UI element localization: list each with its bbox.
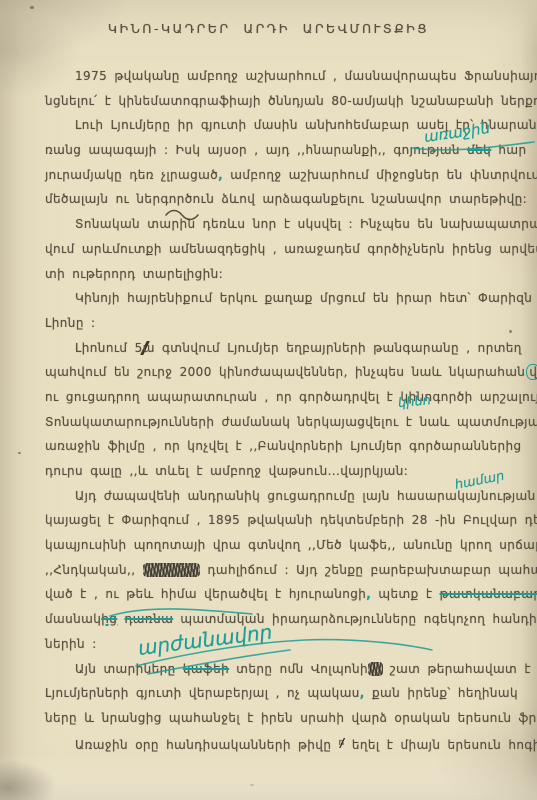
text-segment: դահլիճում : Այդ շենքը բարեբախտաբար պահպա…: [200, 563, 537, 577]
text-line: Լիոնում 5ա գտնվում Լյումյեր եղբայրների թ…: [45, 336, 527, 361]
text-segment: Այն տարիները: [75, 662, 183, 676]
text-segment: Կինոյի հայրենիքում երկու քաղաք մրցում են…: [75, 291, 537, 305]
text-line: ներին :: [45, 632, 527, 657]
text-segment: շատ թերահավատ է եղել: [383, 662, 537, 676]
text-line: վում արևմուտքի ամենազդեցիկ , առաջադեմ գո…: [45, 237, 527, 262]
text-segment: յուրամյակը դեռ չլրացած: [45, 168, 218, 182]
text-segment: եղել է միայն երեսուն հոգի,: [345, 738, 537, 752]
text-line: նցնելու՛ է կինեմատոգրաֆիայի ծննդյան 80-ա…: [45, 89, 527, 114]
text-segment: 1975 թվականը ամբողջ աշխարհում , մասնավոր…: [75, 69, 537, 83]
document-page: ԿԻՆՈ-ԿԱԴՐԵՐ ԱՐԴԻ ԱՐԵՎՄՈՒՏՔԻՑ 1975 թվական…: [0, 0, 537, 800]
text-segment: Լիոնը :: [45, 316, 95, 330]
text-segment: դուրս գալը ,,և տևել է ամբողջ վաթսուն...վ…: [45, 464, 408, 478]
text-segment: վում արևմուտքի ամենազդեցիկ , առաջադեմ գո…: [45, 242, 537, 256]
text-line: ված է , ու թեև հիմա վերածվել է հյուրանոց…: [45, 582, 527, 607]
text-segment: ռանց ապագայի : Իսկ այսօր , այդ ,,հնարանք…: [45, 143, 467, 157]
text-segment: ,,Հնդկական,,: [45, 563, 143, 577]
text-segment: թատկանաբար: [440, 587, 537, 601]
page-title: ԿԻՆՈ-ԿԱԴՐԵՐ ԱՐԴԻ ԱՐԵՎՄՈՒՏՔԻՑ: [0, 21, 537, 36]
text-segment: կապյուսինի պողոտայի վրա գտնվող ,,Մեծ կաֆ…: [45, 538, 537, 552]
text-segment: [143, 563, 201, 577]
text-segment: Տոնական տարին դեռևս նոր է սկսվել : Ինչպե…: [75, 217, 537, 231]
text-segment: 5ա: [135, 341, 155, 355]
text-segment: պահվում են շուրջ 2000 կինոժապավեններ, ին…: [45, 365, 525, 379]
text-line: պահվում են շուրջ 2000 կինոժապավեններ, ին…: [45, 360, 527, 385]
text-line: կապյուսինի պողոտայի վրա գտնվող ,,Մեծ կաֆ…: [45, 533, 527, 558]
paper-stain: [18, 452, 21, 454]
typewritten-text-block: 1975 թվականը ամբողջ աշխարհում , մասնավոր…: [45, 64, 527, 755]
text-segment: առաջին ֆիլմը , որ կոչվել է ,,Բանվորների …: [45, 439, 522, 453]
text-line: առաջին ֆիլմը , որ կոչվել է ,,Բանվորների …: [45, 434, 527, 459]
text-segment: ներին :: [45, 637, 97, 651]
text-segment: վ: [526, 364, 537, 380]
text-segment: ից: [101, 612, 117, 626]
text-segment: Տոնակատարությունների ժամանակ ներկայացվել…: [45, 415, 537, 429]
handwritten-annotation: կինո: [397, 393, 431, 411]
text-segment: Լյումյերների գյուտի վերաբերյալ , ոչ պակա…: [45, 686, 360, 700]
text-segment: դառնա: [124, 612, 173, 626]
text-segment: ները և նրանցից պահանջել է իրեն սրահի վար…: [45, 711, 537, 725]
text-segment: հար: [491, 143, 526, 157]
text-segment: մասնակ: [45, 612, 101, 626]
text-line: մեծալայն ու ներգործուն ձևով արձագանքելու…: [45, 187, 527, 212]
text-segment: նցնելու՛ է կինեմատոգրաֆիայի ծննդյան 80-ա…: [45, 94, 537, 108]
text-line: 1975 թվականը ամբողջ աշխարհում , մասնավոր…: [45, 64, 527, 89]
text-line: Առաջին օրը հանդիսականների թիվը ո եղել է …: [45, 731, 527, 756]
text-segment: քան իրենք՝ հեղինակ: [365, 686, 518, 700]
text-line: Տոնական տարին դեռևս նոր է սկսվել : Ինչպե…: [45, 212, 527, 237]
text-segment: տի ութերորդ տարելիցին:: [45, 267, 223, 281]
text-line: յուրամյակը դեռ չլրացած, ամբողջ աշխարհում…: [45, 163, 527, 188]
text-segment: [368, 662, 382, 676]
text-segment: Լիոնում: [75, 341, 135, 355]
text-line: ու ցուցադրող ապարատուրան , որ գործադրվել…: [45, 385, 527, 410]
paper-stain: [30, 6, 34, 9]
text-segment: մեկ: [467, 143, 491, 157]
text-line: ները և նրանցից պահանջել է իրեն սրահի վար…: [45, 706, 527, 731]
text-segment: Առաջին օրը հանդիսականների թիվը: [75, 738, 339, 752]
text-segment: մեծալայն ու ներգործուն ձևով արձագանքելու…: [45, 192, 527, 206]
text-line: Լյումյերների գյուտի վերաբերյալ , ոչ պակա…: [45, 681, 527, 706]
paper-stain: [250, 784, 254, 786]
text-line: Տոնակատարությունների ժամանակ ներկայացվել…: [45, 410, 527, 435]
text-segment: տերը ոմն Վոլպոնի: [229, 662, 368, 676]
text-line: Լիոնը :: [45, 311, 527, 336]
text-segment: ու ցուցադրող ապարատուրան , որ գործադրվել…: [45, 390, 537, 404]
text-line: Այն տարիները կաֆեի տերը ոմն Վոլպոնի շատ …: [45, 657, 527, 682]
paper-stain: [509, 330, 512, 333]
text-line: ,,Հնդկական,, դահլիճում : Այդ շենքը բարեբ…: [45, 558, 527, 583]
text-segment: գտնվում Լյումյեր եղբայրների թանգարանը , …: [155, 341, 522, 355]
text-segment: ված է , ու թեև հիմա վերածվել է հյուրանոց…: [45, 587, 366, 601]
text-segment: կաֆեի: [183, 662, 229, 676]
text-line: Կինոյի հայրենիքում երկու քաղաք մրցում են…: [45, 286, 527, 311]
text-line: մասնակից դառնա պատմական իրադարձություննե…: [45, 607, 527, 632]
text-segment: պետք է: [371, 587, 439, 601]
text-line: տի ութերորդ տարելիցին:: [45, 262, 527, 287]
text-line: կայացել է Փարիզում , 1895 թվականի դեկտեմ…: [45, 508, 527, 533]
text-segment: ամբողջ աշխարհում միջոցներ են փնտրվում: [223, 168, 537, 182]
text-segment: կայացել է Փարիզում , 1895 թվականի դեկտեմ…: [45, 513, 537, 527]
